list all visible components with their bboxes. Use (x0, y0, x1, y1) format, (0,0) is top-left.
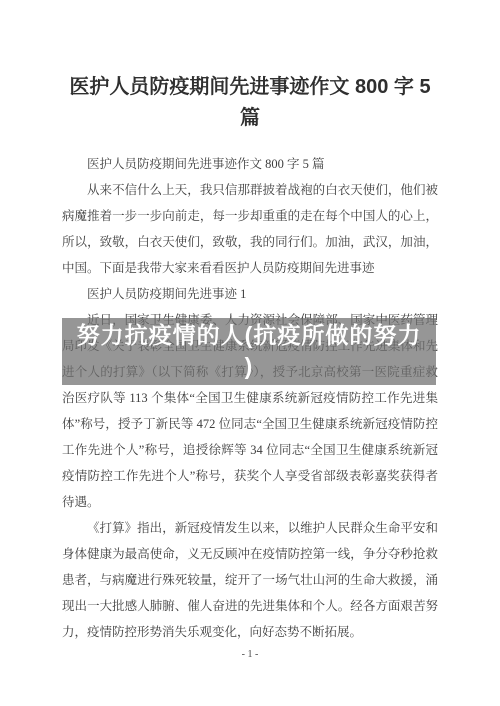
watermark-banner: 努力抗疫情的人(抗疫所做的努力 ) (62, 318, 436, 385)
paragraph-decision: 《打算》指出，新冠疫情发生以来，以维护人民群众生命平安和身体健康为最高使命，义无… (62, 515, 438, 645)
page-number: - 1 - (0, 649, 500, 660)
document-title-line-1: 医护人员防疫期间先进事迹作文 800 字 5 (62, 72, 438, 103)
document-page: 医护人员防疫期间先进事迹作文 800 字 5 篇 医护人员防疫期间先进事迹作文 … (0, 0, 500, 706)
paragraph-intro: 从来不信什么上天，我只信那群披着战袍的白衣天使们，他们被病魔推着一步一步向前走，… (62, 177, 438, 281)
watermark-banner-line-2: ) (62, 351, 436, 382)
watermark-banner-text: 努力抗疫情的人(抗疫所做的努力 ) (62, 318, 436, 382)
watermark-banner-line-1: 努力抗疫情的人(抗疫所做的努力 (62, 320, 436, 351)
paragraph-subtitle: 医护人员防疫期间先进事迹作文 800 字 5 篇 (62, 151, 438, 177)
document-body: 医护人员防疫期间先进事迹作文 800 字 5 篇 从来不信什么上天，我只信那群披… (62, 151, 438, 645)
document-title: 医护人员防疫期间先进事迹作文 800 字 5 篇 (62, 72, 438, 134)
paragraph-section-heading: 医护人员防疫期间先进事迹 1 (62, 281, 438, 307)
document-title-line-2: 篇 (62, 103, 438, 134)
